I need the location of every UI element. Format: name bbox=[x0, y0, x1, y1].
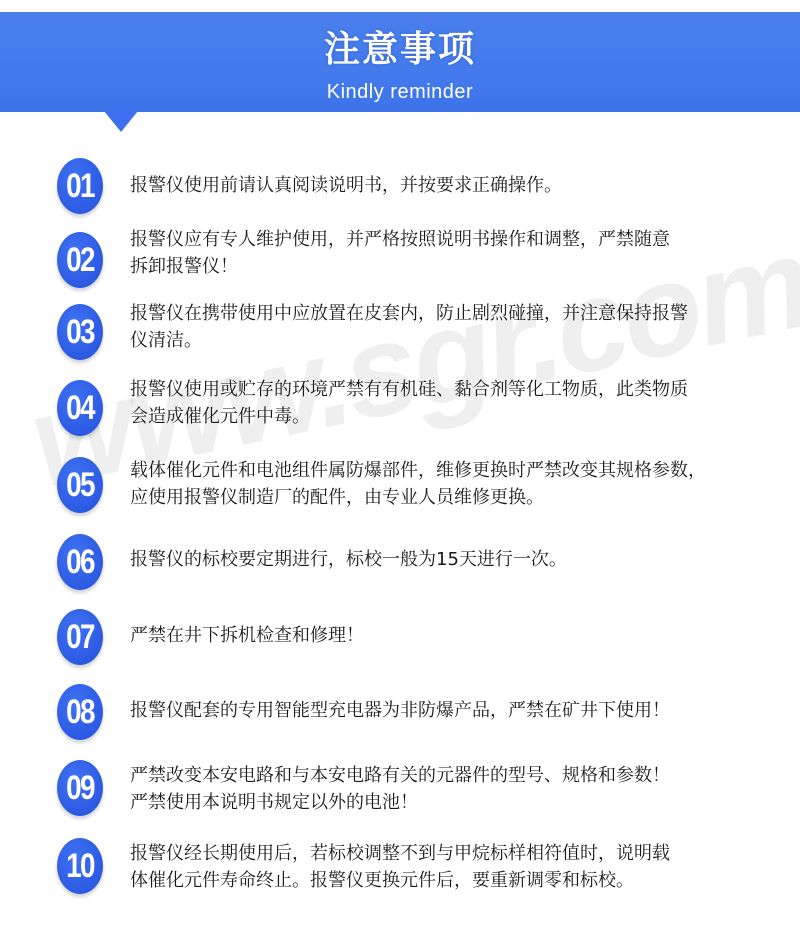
header-banner: 注意事项 Kindly reminder bbox=[0, 12, 800, 112]
item-text: 报警仪应有专人维护使用，并严格按照说明书操作和调整，严禁随意 拆卸报警仪！ bbox=[130, 226, 780, 280]
number-badge: 02 bbox=[57, 232, 103, 288]
number-badge: 05 bbox=[57, 457, 103, 513]
number-badge: 08 bbox=[57, 684, 103, 740]
number-badge: 07 bbox=[57, 609, 103, 665]
number-badge: 09 bbox=[57, 760, 103, 816]
number-badge: 03 bbox=[57, 304, 103, 360]
item-text: 载体催化元件和电池组件属防爆部件，维修更换时严禁改变其规格参数， 应使用报警仪制… bbox=[130, 457, 780, 511]
item-text: 报警仪经长期使用后，若标校调整不到与甲烷标样相符值时，说明载 体催化元件寿命终止… bbox=[130, 840, 780, 894]
number-badge: 01 bbox=[57, 158, 103, 214]
item-text: 报警仪的标校要定期进行，标校一般为15天进行一次。 bbox=[130, 546, 780, 573]
item-text: 报警仪使用前请认真阅读说明书，并按要求正确操作。 bbox=[130, 172, 780, 199]
page-subtitle: Kindly reminder bbox=[0, 80, 800, 104]
number-badge: 10 bbox=[57, 838, 103, 894]
item-text: 报警仪使用或贮存的环境严禁有有机硅、黏合剂等化工物质，此类物质 会造成催化元件中… bbox=[130, 376, 780, 430]
page-title: 注意事项 bbox=[0, 30, 800, 70]
number-badge: 04 bbox=[57, 380, 103, 436]
item-text: 报警仪在携带使用中应放置在皮套内，防止剧烈碰撞，并注意保持报警 仪清洁。 bbox=[130, 300, 780, 354]
item-text: 严禁改变本安电路和与本安电路有关的元器件的型号、规格和参数！ 严禁使用本说明书规… bbox=[130, 762, 780, 816]
number-badge: 06 bbox=[57, 534, 103, 590]
banner-pointer-icon bbox=[104, 111, 138, 132]
item-text: 严禁在井下拆机检查和修理！ bbox=[130, 622, 780, 649]
item-text: 报警仪配套的专用智能型充电器为非防爆产品，严禁在矿井下使用！ bbox=[130, 697, 780, 724]
